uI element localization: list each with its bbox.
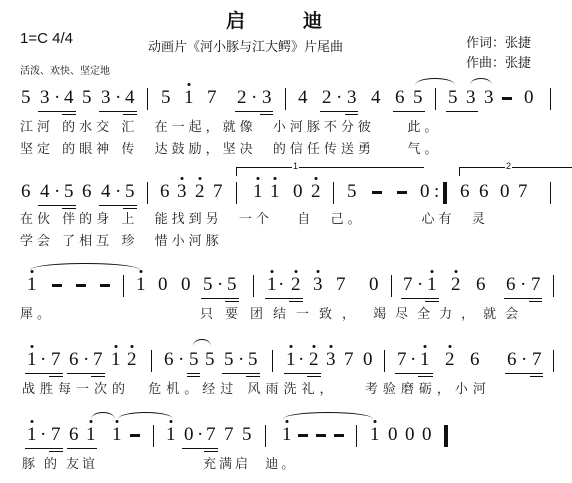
lyric: 气。 (407, 142, 441, 157)
dot: · (115, 180, 121, 204)
note: 4 (64, 86, 74, 110)
note: 5 (64, 180, 74, 204)
note: 0 (388, 423, 398, 447)
note: 0 (158, 273, 168, 297)
hold-dash (372, 191, 382, 194)
lyric: 学会 (20, 234, 54, 249)
notes-row-5: 1 · 7 6 1 1 1 0 · 7 7 5 1 1 0 0 0 (0, 423, 572, 447)
dot: · (197, 423, 203, 447)
note: 7 (51, 348, 61, 372)
note: 3 (40, 86, 50, 110)
lyric: 每一次的 (58, 382, 130, 397)
slur (470, 78, 492, 85)
tie (30, 263, 140, 270)
note: 6 (460, 180, 470, 204)
note: 6 (395, 86, 405, 110)
lyrics-row-4: 战胜每一次的 危机。经过 风雨洗礼， 考验磨砺，小河 (22, 378, 491, 397)
dot: · (417, 273, 423, 297)
dot: · (217, 273, 223, 297)
barline (553, 350, 554, 372)
dot: · (115, 86, 121, 110)
tempo-marking: 活泼、欢快、坚定地 (20, 62, 110, 77)
dot: · (83, 348, 89, 372)
lyric: 江河 (20, 120, 54, 135)
note: 3 (326, 348, 336, 372)
note: 1 (370, 423, 380, 447)
barline (285, 88, 286, 110)
lyrics-row-5b: 充满启 迪。 (203, 453, 297, 472)
dot: · (40, 423, 46, 447)
tie (91, 412, 115, 419)
note: 5 (82, 86, 92, 110)
lyricist-credit: 作词：张捷 (466, 32, 531, 51)
note: 5 (448, 86, 458, 110)
note: 1 (282, 423, 292, 447)
note: 1 (86, 423, 96, 447)
dot: · (336, 86, 342, 110)
note: 7 (397, 348, 407, 372)
note: 6 (82, 180, 92, 204)
barline (236, 182, 237, 204)
volta-1: 1 (236, 167, 424, 176)
lyric: 豚的 (22, 457, 66, 472)
notes-row-4: 1 · 7 6 · 7 1 2 6 · 5 5 5 · 5 1 · 2 3 7 … (0, 348, 572, 372)
lyric: 竭尽全力，就会 (373, 307, 527, 322)
repeat-end-barline (443, 182, 447, 204)
note: 6 (69, 348, 79, 372)
note: 3 (262, 86, 272, 110)
notes-row-1: 5 3 · 4 5 3 · 4 5 1 7 2 · 3 4 2 · 3 4 6 … (0, 86, 572, 110)
note: 1 (270, 180, 280, 204)
note: 7 (518, 180, 528, 204)
note: 2 (309, 348, 319, 372)
dot: · (521, 348, 527, 372)
barline (391, 275, 392, 297)
dot: · (40, 348, 46, 372)
slur (415, 78, 455, 85)
lyric: 能找到另 (155, 212, 223, 227)
note: 1 (286, 348, 296, 372)
note: 5 (21, 86, 31, 110)
lyric: 自 (297, 212, 314, 227)
composer-credit: 作曲：张捷 (466, 52, 531, 71)
dot: · (410, 348, 416, 372)
note: 6 (69, 423, 79, 447)
note: 7 (206, 423, 216, 447)
song-title: 启迪 (226, 6, 380, 33)
dot: · (251, 86, 257, 110)
note: 7 (213, 180, 223, 204)
dot: · (54, 86, 60, 110)
barline (550, 88, 551, 110)
note: 3 (484, 86, 494, 110)
note: 7 (51, 423, 61, 447)
lyric: 珍 (121, 234, 138, 249)
tie (193, 339, 211, 346)
note: 5 (161, 86, 171, 110)
hold-dash (334, 434, 344, 437)
barline (153, 425, 154, 447)
lyric: 上 (121, 212, 138, 227)
dot: · (238, 348, 244, 372)
lyric: 此。 (407, 120, 441, 135)
barline (356, 425, 357, 447)
note: 2 (445, 348, 455, 372)
lyrics-row-3b: 只要团结一致， 竭尽全力，就会 (200, 303, 527, 322)
lyric: 心有 (422, 212, 456, 227)
note: 7 (403, 273, 413, 297)
dot: · (54, 180, 60, 204)
barline (147, 88, 148, 110)
note: 1 (184, 86, 194, 110)
note: 6 (507, 348, 517, 372)
note: 0 (500, 180, 510, 204)
note: 5 (224, 348, 234, 372)
note: 5 (227, 273, 237, 297)
note: 4 (298, 86, 308, 110)
note: 3 (466, 86, 476, 110)
hold-dash (298, 434, 308, 437)
note: 2 (311, 180, 321, 204)
note: 7 (531, 273, 541, 297)
lyrics-row-2a: 在伙 伴的身 上 能找到另 一个 自 己。 心有 灵 (20, 208, 489, 227)
notes-row-2: 6 4 · 5 6 4 · 5 6 3 2 7 1 1 0 2 5 0 : 6 … (0, 180, 572, 204)
volta-2: 2 (459, 167, 572, 176)
note: 1 (27, 423, 37, 447)
hold-dash (316, 434, 326, 437)
lyrics-row-1b: 坚定 的眼神 传 达鼓励，坚决 的信任传送勇 气。 (20, 138, 441, 157)
hold-dash (76, 284, 86, 287)
lyric: 在一起，就像 (155, 120, 257, 135)
dot: · (520, 273, 526, 297)
notes-row-3: 1 1 0 0 5 · 5 1 · 2 3 7 0 7 · 1 2 6 6 · … (0, 273, 572, 297)
dot: · (278, 273, 284, 297)
note: 3 (101, 86, 111, 110)
note: 7 (207, 86, 217, 110)
barline (265, 425, 266, 447)
note: 6 (160, 180, 170, 204)
note: 1 (253, 180, 263, 204)
barline (550, 182, 551, 204)
barline (147, 182, 148, 204)
tie (118, 412, 173, 419)
lyrics-row-1a: 江河 的水交 汇 在一起，就像 小河豚不分彼 此。 (20, 116, 441, 135)
lyric: 迪。 (265, 457, 297, 472)
note: 6 (21, 180, 31, 204)
note: 5 (413, 86, 423, 110)
note: 2 (291, 273, 301, 297)
note: 1 (27, 273, 37, 297)
note: 3 (177, 180, 187, 204)
note: 1 (111, 348, 121, 372)
note: 0 (293, 180, 303, 204)
barline (272, 350, 273, 372)
lyrics-row-3: 犀。 (20, 303, 54, 322)
note: 5 (189, 348, 199, 372)
lyric: 在伙 (20, 212, 54, 227)
lyric: 只要 (200, 307, 250, 322)
note: 1 (427, 273, 437, 297)
note: 7 (336, 273, 346, 297)
lyric: 小河豚不分彼 (273, 120, 375, 135)
note: 1 (267, 273, 277, 297)
note: 0 (369, 273, 379, 297)
tie (283, 412, 373, 419)
repeat-colon: : (434, 180, 439, 204)
song-subtitle: 动画片《河小豚与江大鳄》片尾曲 (148, 36, 343, 55)
note: 5 (242, 423, 252, 447)
lyric: 了相互 (62, 234, 113, 249)
note: 3 (347, 86, 357, 110)
note: 5 (205, 348, 215, 372)
note: 4 (371, 86, 381, 110)
note: 1 (112, 423, 122, 447)
lyric: 传 (121, 142, 138, 157)
note: 6 (479, 180, 489, 204)
note: 0 (524, 86, 534, 110)
note: 4 (40, 180, 50, 204)
barline (553, 275, 554, 297)
lyrics-row-5: 豚的友谊 (22, 453, 98, 472)
note: 0 (184, 423, 194, 447)
note: 7 (532, 348, 542, 372)
barline (253, 275, 254, 297)
note: 2 (127, 348, 137, 372)
barline (123, 275, 124, 297)
lyric: 一个 (239, 212, 273, 227)
lyric: 坚定 (20, 142, 54, 157)
dot: · (178, 348, 184, 372)
lyrics-row-2b: 学会 了相互 珍 惜小河豚 (20, 230, 223, 249)
note: 4 (125, 86, 135, 110)
lyric: 伴的身 (62, 212, 113, 227)
hold-dash (100, 284, 110, 287)
barline (384, 350, 385, 372)
hold-dash (52, 284, 62, 287)
barline (333, 182, 334, 204)
note: 5 (347, 180, 357, 204)
note: 2 (195, 180, 205, 204)
note: 0 (363, 348, 373, 372)
note: 0 (422, 423, 432, 447)
note: 2 (451, 273, 461, 297)
note: 5 (203, 273, 213, 297)
note: 5 (248, 348, 258, 372)
note: 6 (470, 348, 480, 372)
lyric: 的眼神 (62, 142, 113, 157)
lyric: 危机。经过 (148, 382, 238, 397)
lyric: 战胜 (22, 382, 58, 397)
note: 2 (322, 86, 332, 110)
note: 0 (420, 180, 430, 204)
note: 5 (125, 180, 135, 204)
note: 2 (237, 86, 247, 110)
lyric: 灵 (472, 212, 489, 227)
key-time-signature: 1=C 4/4 (20, 30, 73, 47)
barline (435, 88, 436, 110)
hold-dash (397, 191, 407, 194)
hold-dash (130, 434, 140, 437)
note: 7 (344, 348, 354, 372)
dot: · (298, 348, 304, 372)
note: 6 (164, 348, 174, 372)
lyric: 犀。 (20, 307, 54, 322)
note: 7 (93, 348, 103, 372)
lyric: 惜小河豚 (155, 234, 223, 249)
note: 1 (27, 348, 37, 372)
lyric: 己。 (331, 212, 365, 227)
final-barline (444, 425, 448, 447)
lyric: 达鼓励，坚决 (155, 142, 257, 157)
note: 3 (313, 273, 323, 297)
note: 4 (101, 180, 111, 204)
lyric: 考验磨砺，小河 (365, 382, 491, 397)
note: 1 (136, 273, 146, 297)
note: 1 (420, 348, 430, 372)
hold-dash (502, 97, 512, 100)
note: 0 (181, 273, 191, 297)
note: 0 (405, 423, 415, 447)
lyric: 团结一致， (250, 307, 365, 322)
note: 6 (506, 273, 516, 297)
lyric: 友谊 (66, 457, 98, 472)
lyric: 充满启 (203, 457, 251, 472)
lyric: 汇 (121, 120, 138, 135)
note: 7 (224, 423, 234, 447)
lyric: 的信任传送勇 (273, 142, 375, 157)
note: 1 (166, 423, 176, 447)
note: 6 (476, 273, 486, 297)
lyric: 风雨洗礼， (247, 382, 337, 397)
lyric: 的水交 (62, 120, 113, 135)
barline (151, 350, 152, 372)
